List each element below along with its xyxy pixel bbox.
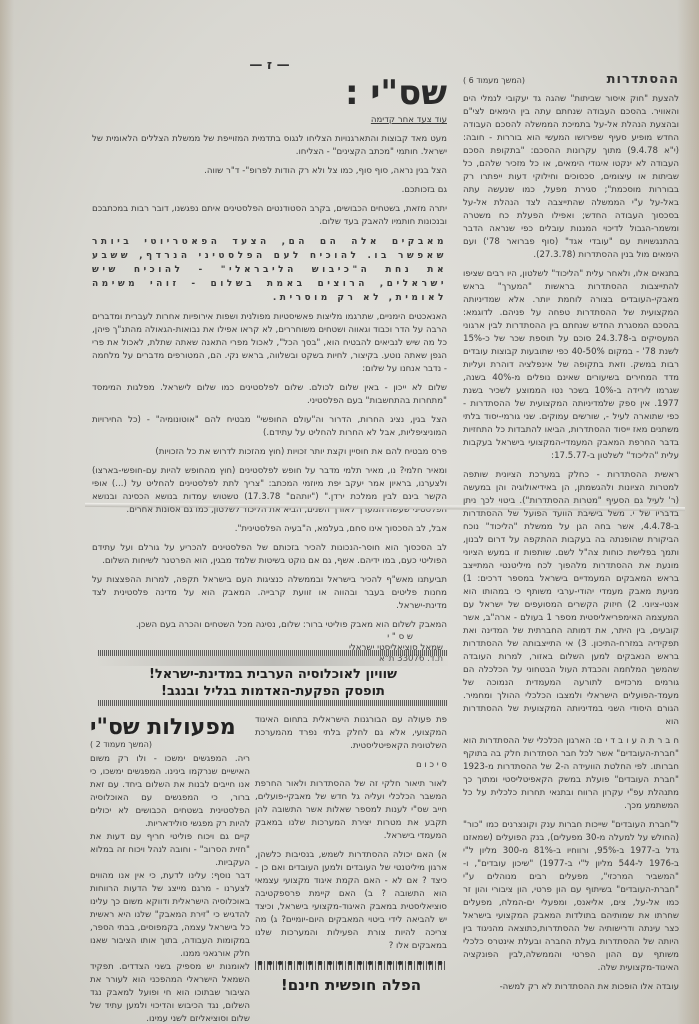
article-byline: עוד צעד אחר קדימה: [92, 115, 447, 125]
article-title: מפעולות שס"י: [90, 716, 250, 740]
signature-line: ש ס " י: [92, 632, 413, 643]
paragraph: בתנאים אלו, ולאחר עלית "הליכוד" לשלטון, …: [463, 268, 679, 463]
paragraph: המאבק לשלום הוא מאבק פוליטי ברור: שלום, …: [92, 619, 447, 632]
decorative-divider: [255, 961, 447, 970]
paragraph: א) האם יכולה ההסתדרות לשמש, בנסיבות כלשה…: [255, 849, 447, 953]
paragraph: יתרה מזאת, בשטחים הכבושים, בקרב הסטודנטי…: [92, 203, 447, 229]
banner-shade: [98, 656, 448, 666]
column-title: ההסתדרות: [607, 72, 679, 87]
paragraph: לאור תיאור חלקי זה של ההסתדרות ולאור החר…: [255, 778, 447, 843]
paragraph: הצל בגין נראה, סוף סוף, כמו צל ולא רק הו…: [92, 165, 447, 178]
sasi-article: — ז — שס"י : עוד צעד אחר קדימה מעט מאד ק…: [92, 58, 447, 665]
paragraph: להצעת "חוק איסור שביתות" שהגה גד יעקובי …: [463, 93, 679, 262]
spaced-emphasis-paragraph: מאבקים אלה הם הם, הצעד הפאטריוטי ביותר ש…: [92, 235, 447, 305]
paragraph: ל"חברת העובדים" שייכות חברות ענק וקונצרנ…: [463, 819, 679, 975]
histadrut-article: ההסתדרות (המשך מעמוד 6 ) להצעת "חוק איסו…: [463, 72, 679, 1000]
paragraph: אבל, לב הסכסוך אינו סחם, בעלמא, ה"בעיה ה…: [92, 523, 447, 536]
paragraph: תביעתנו מאש"ף להכיר בישראל ובממשלה כנציג…: [92, 574, 447, 613]
paragraph: עובדה אלו הופכות את ההסתדרות לא רק למשה-: [463, 981, 679, 994]
paragraph: קיים גם ויכוח פוליטי חריף עם דעות את "חז…: [90, 831, 250, 870]
page-number: — ז —: [92, 58, 447, 73]
ad-slogan: הפלה חופשית חינם!: [255, 976, 447, 994]
paragraph: הצל בגין, נציג החרות, הדרור וה"עולם החופ…: [92, 414, 447, 440]
paragraph: ח ב ר ת ה ע ו ב ד י ם: הארגון הכלכלי של …: [463, 735, 679, 813]
paper-edge-shadow-left: [0, 0, 14, 1024]
paragraph: מעט מאד קבוצות והתארגנויות הצליחו לנגוס …: [92, 133, 447, 159]
paragraph: פת פעולה עם הבורגנות הישראלית בתחום האיג…: [255, 714, 447, 753]
paragraph: לב הסכסוך הוא חוסר-הנכונות להכיר בזכותם …: [92, 542, 447, 568]
paragraph: האנאכטים הימניים, שתרגמו מליצות פאשיסטיו…: [92, 311, 447, 376]
section-heading: ס י כ ו ם: [255, 759, 447, 772]
paragraph: ריה. המפגשים ימשכו - ולו רק משום האישיים…: [90, 753, 250, 831]
paragraph: גם בזכותכם.: [92, 184, 447, 197]
paragraph: שלום לא ייכון - באין שלום לכולם. שלום לפ…: [92, 382, 447, 408]
column-header: ההסתדרות (המשך מעמוד 6 ): [463, 72, 679, 87]
slogan-line: תופסק הפקעת-האדמות בגליל ובנגב!: [98, 683, 448, 700]
paragraph: פרס מבטיח להם את חוסיין וקצת יותר זכויות…: [92, 446, 447, 459]
continued-note: (המשך מעמוד 2 ): [90, 740, 250, 749]
paragraph: דבר נוסף: עלינו לדעת, כי אין אנו מהווים …: [90, 870, 250, 961]
continued-note: (המשך מעמוד 6 ): [463, 76, 525, 85]
slogan-line: שוויון לאוכלוסיה הערבית במדינת-ישראל!: [98, 666, 448, 683]
slogan-banner: שוויון לאוכלוסיה הערבית במדינת-ישראל! תו…: [98, 650, 448, 708]
peulot-article: מפעולות שס"י (המשך מעמוד 2 ) ריה. המפגשי…: [90, 716, 250, 1024]
article-title: שס"י :: [92, 75, 447, 111]
paragraph: ומאיר חלמי? נו, מאיר תלמי מדבר על חופש ל…: [92, 465, 447, 517]
paper-edge-shadow-right: [677, 0, 699, 1024]
paragraph: ראשית ההסתדרות - כחלק במערכת הציונית שות…: [463, 469, 679, 729]
paragraph: לאומנות יש מספיק בשני הצדדים. תפקיד השמא…: [90, 961, 250, 1024]
sikum-article: פת פעולה עם הבורגנות הישראלית בתחום האיג…: [255, 702, 447, 994]
